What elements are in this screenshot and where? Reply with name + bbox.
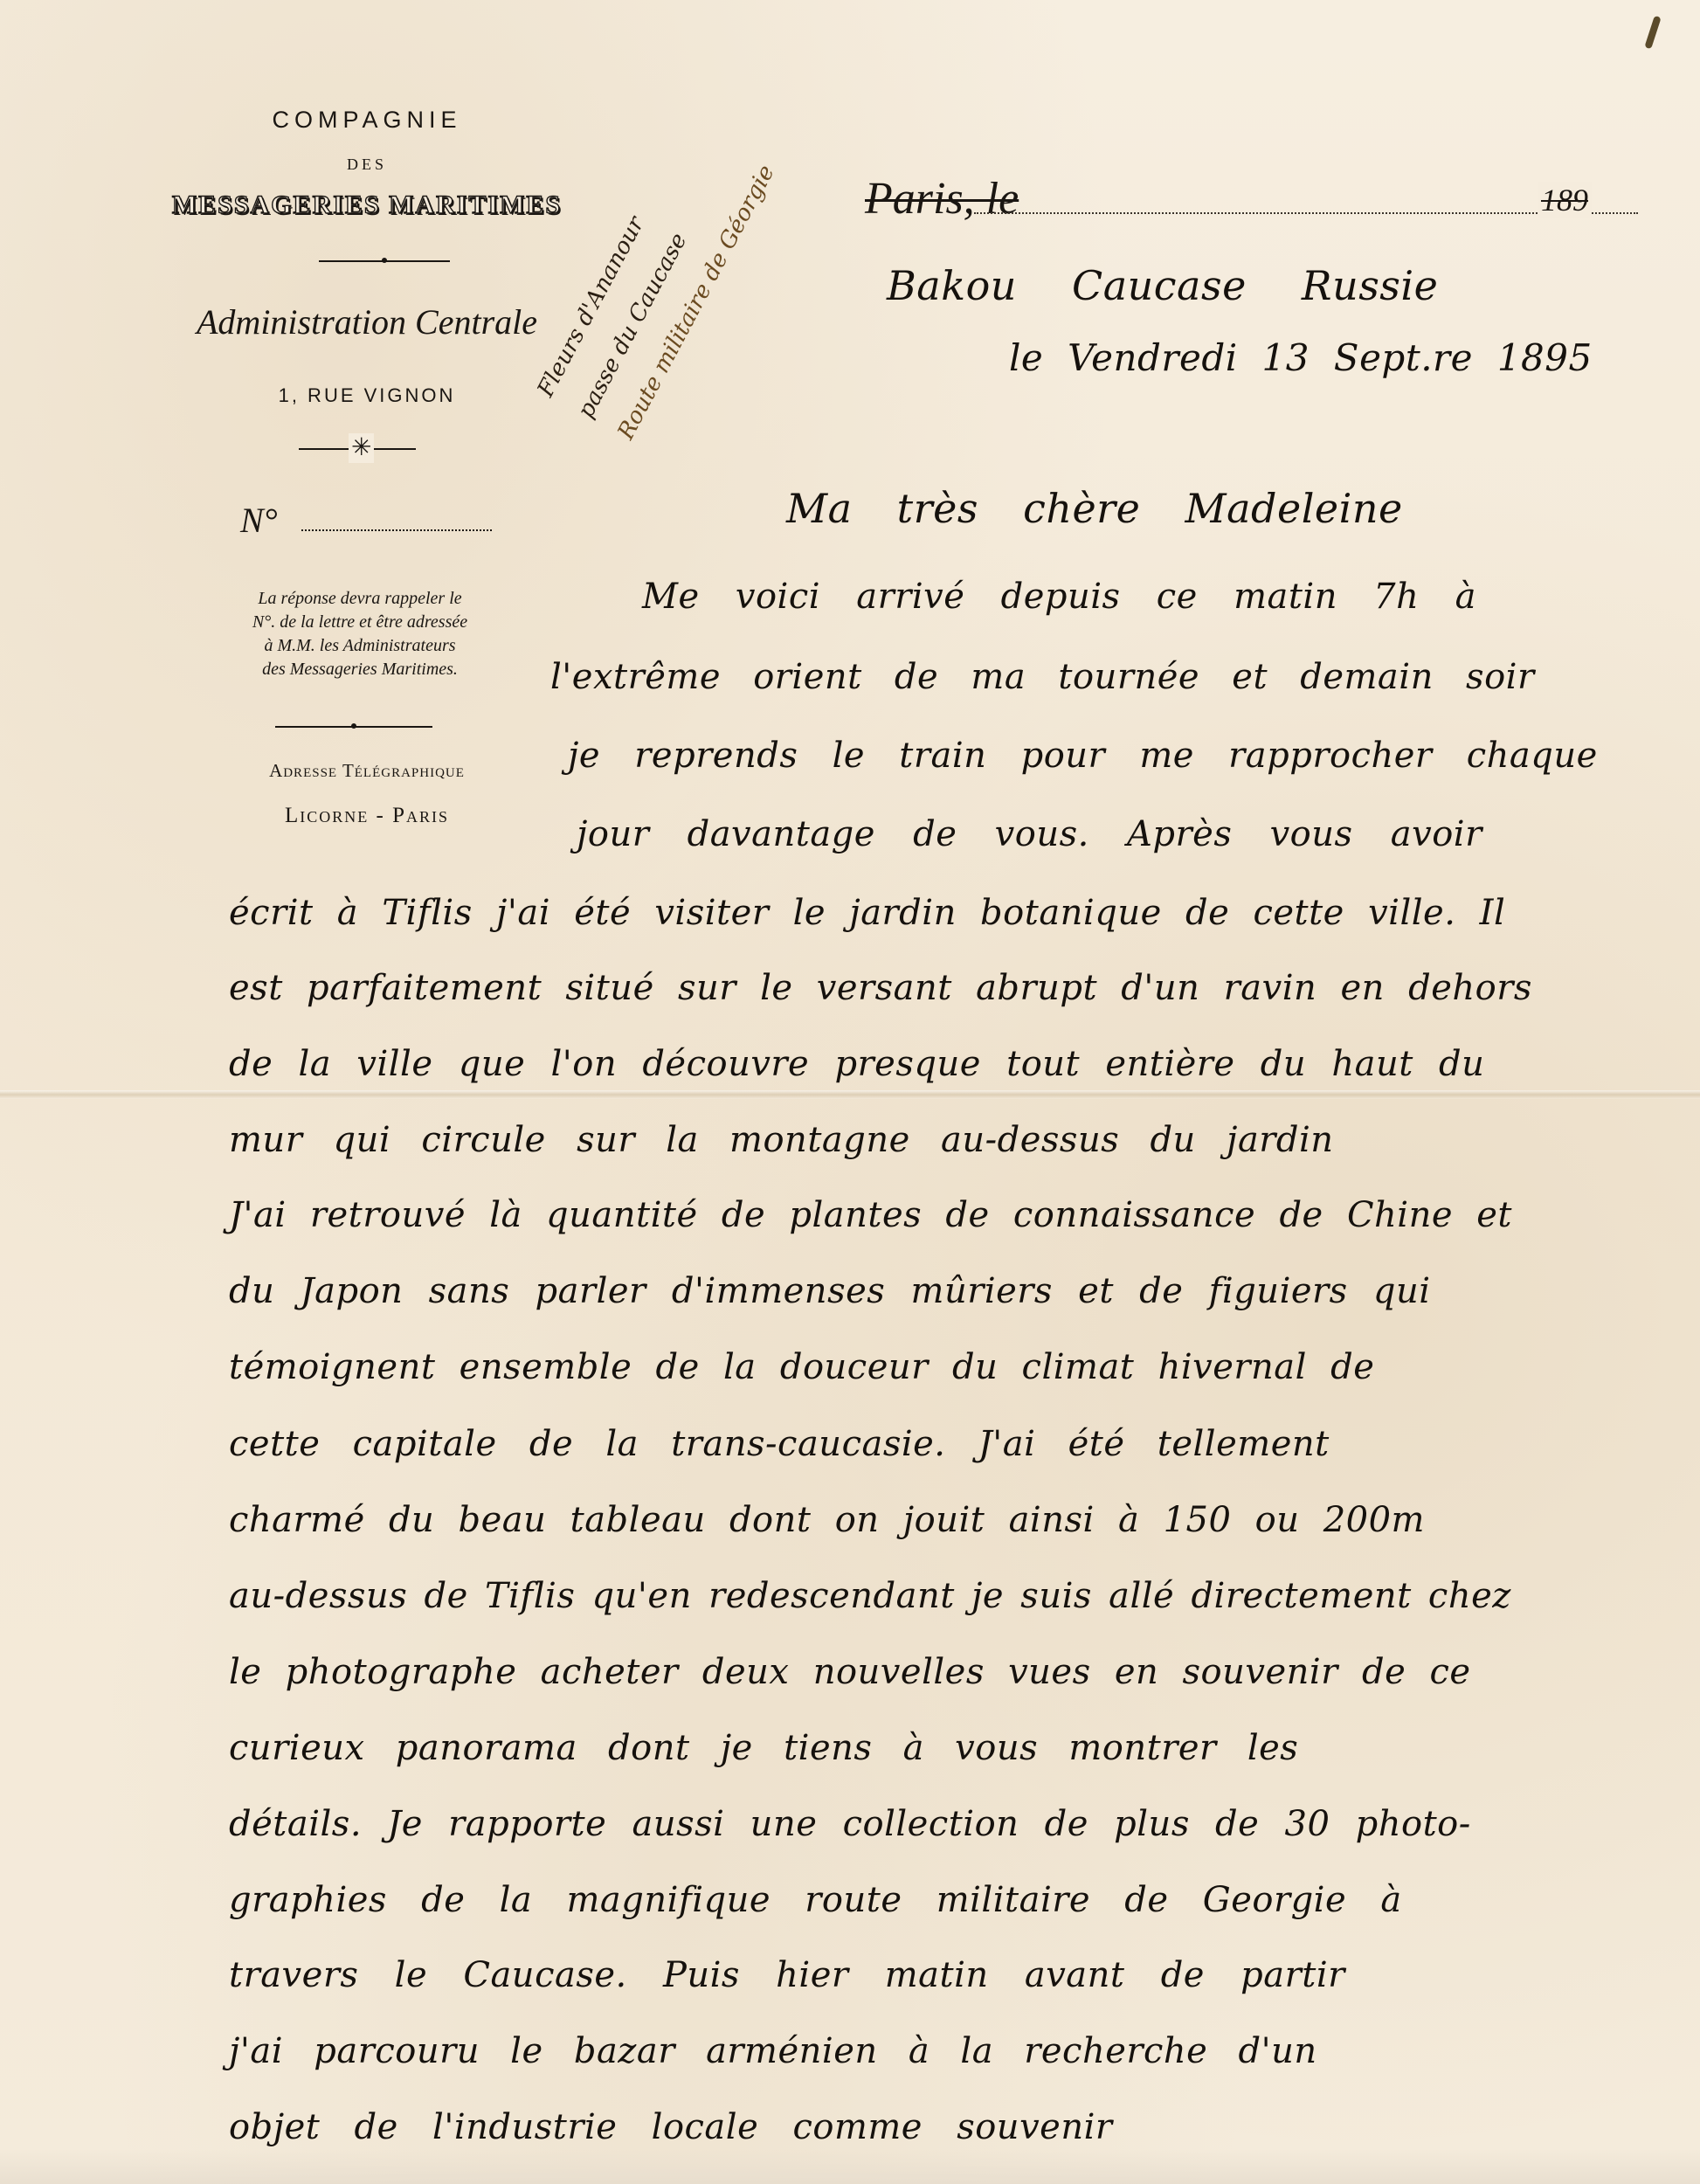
letterhead-compagnie: COMPAGNIE <box>114 107 620 134</box>
letter-line: charmé du beau tableau dont on jouit ain… <box>229 1500 1425 1540</box>
telegraph-address-title: Adresse Télégraphique <box>114 760 620 782</box>
printed-year-crossed: 189 <box>1538 182 1592 218</box>
letter-line: curieux panorama dont je tiens à vous mo… <box>229 1728 1298 1768</box>
handwritten-date: le Vendredi 13 Sept.re 1895 <box>1009 336 1593 379</box>
letter-line: graphies de la magnifique route militair… <box>229 1880 1402 1920</box>
letter-line: travers le Caucase. Puis hier matin avan… <box>229 1955 1345 1995</box>
letterhead-des: DES <box>114 156 620 174</box>
ornament-star-icon: ✳ <box>349 433 374 463</box>
letter-line: l'extrême orient de ma tournée et demain… <box>550 657 1535 697</box>
letter-number-field <box>301 529 492 531</box>
letter-line: J'ai retrouvé là quantité de plantes de … <box>229 1195 1512 1235</box>
letterhead-department: Administration Centrale <box>114 301 620 342</box>
letter-line: jour davantage de vous. Après vous avoir <box>577 814 1482 854</box>
letter-line: objet de l'industrie locale comme souven… <box>229 2107 1113 2147</box>
page-number-mark <box>1644 16 1661 50</box>
reply-notice-line: La réponse devra rappeler le <box>194 587 526 611</box>
paper-bottom-edge <box>0 2149 1700 2184</box>
ornament-dot-icon <box>382 258 387 263</box>
reply-notice-line: à M.M. les Administrateurs <box>194 634 526 658</box>
letter-line: le photographe acheter deux nouvelles vu… <box>229 1652 1471 1692</box>
letter-line: je reprends le train pour me rapprocher … <box>568 736 1598 776</box>
printed-place-crossed: Paris, le <box>865 173 1019 225</box>
letter-line: mur qui circule sur la montagne au-dessu… <box>229 1120 1334 1160</box>
letter-line: du Japon sans parler d'immenses mûriers … <box>229 1271 1431 1311</box>
ornament-dot-icon <box>351 723 356 729</box>
handwritten-place: Bakou Caucase Russie <box>887 262 1438 309</box>
letterhead-company-name: MESSAGERIES MARITIMES <box>114 190 620 220</box>
salutation: Ma très chère Madeleine <box>786 485 1403 532</box>
paper-fold <box>0 1090 1700 1099</box>
margin-note: Fleurs d'Ananour passe du Caucase Route … <box>524 45 825 449</box>
letter-line: cette capitale de la trans-caucasie. J'a… <box>229 1424 1330 1464</box>
reply-notice-line: des Messageries Maritimes. <box>194 658 526 681</box>
letter-line: de la ville que l'on découvre presque to… <box>229 1044 1484 1084</box>
letter-line: témoignent ensemble de la douceur du cli… <box>229 1347 1374 1387</box>
telegraph-address-value: Licorne - Paris <box>114 804 620 828</box>
reply-notice-line: N°. de la lettre et être adressée <box>194 611 526 634</box>
letter-line: j'ai parcouru le bazar arménien à la rec… <box>229 2031 1317 2071</box>
reply-notice: La réponse devra rappeler le N°. de la l… <box>194 587 526 681</box>
letter-line: Me voici arrivé depuis ce matin 7h à <box>642 577 1476 617</box>
letter-line: détails. Je rapporte aussi une collectio… <box>229 1804 1471 1844</box>
letter-line: écrit à Tiflis j'ai été visiter le jardi… <box>229 893 1505 933</box>
letter-line: est parfaitement situé sur le versant ab… <box>229 968 1532 1008</box>
letter-number-label: N° <box>240 500 278 541</box>
letter-line: au-dessus de Tiflis qu'en redescendant j… <box>229 1576 1511 1616</box>
